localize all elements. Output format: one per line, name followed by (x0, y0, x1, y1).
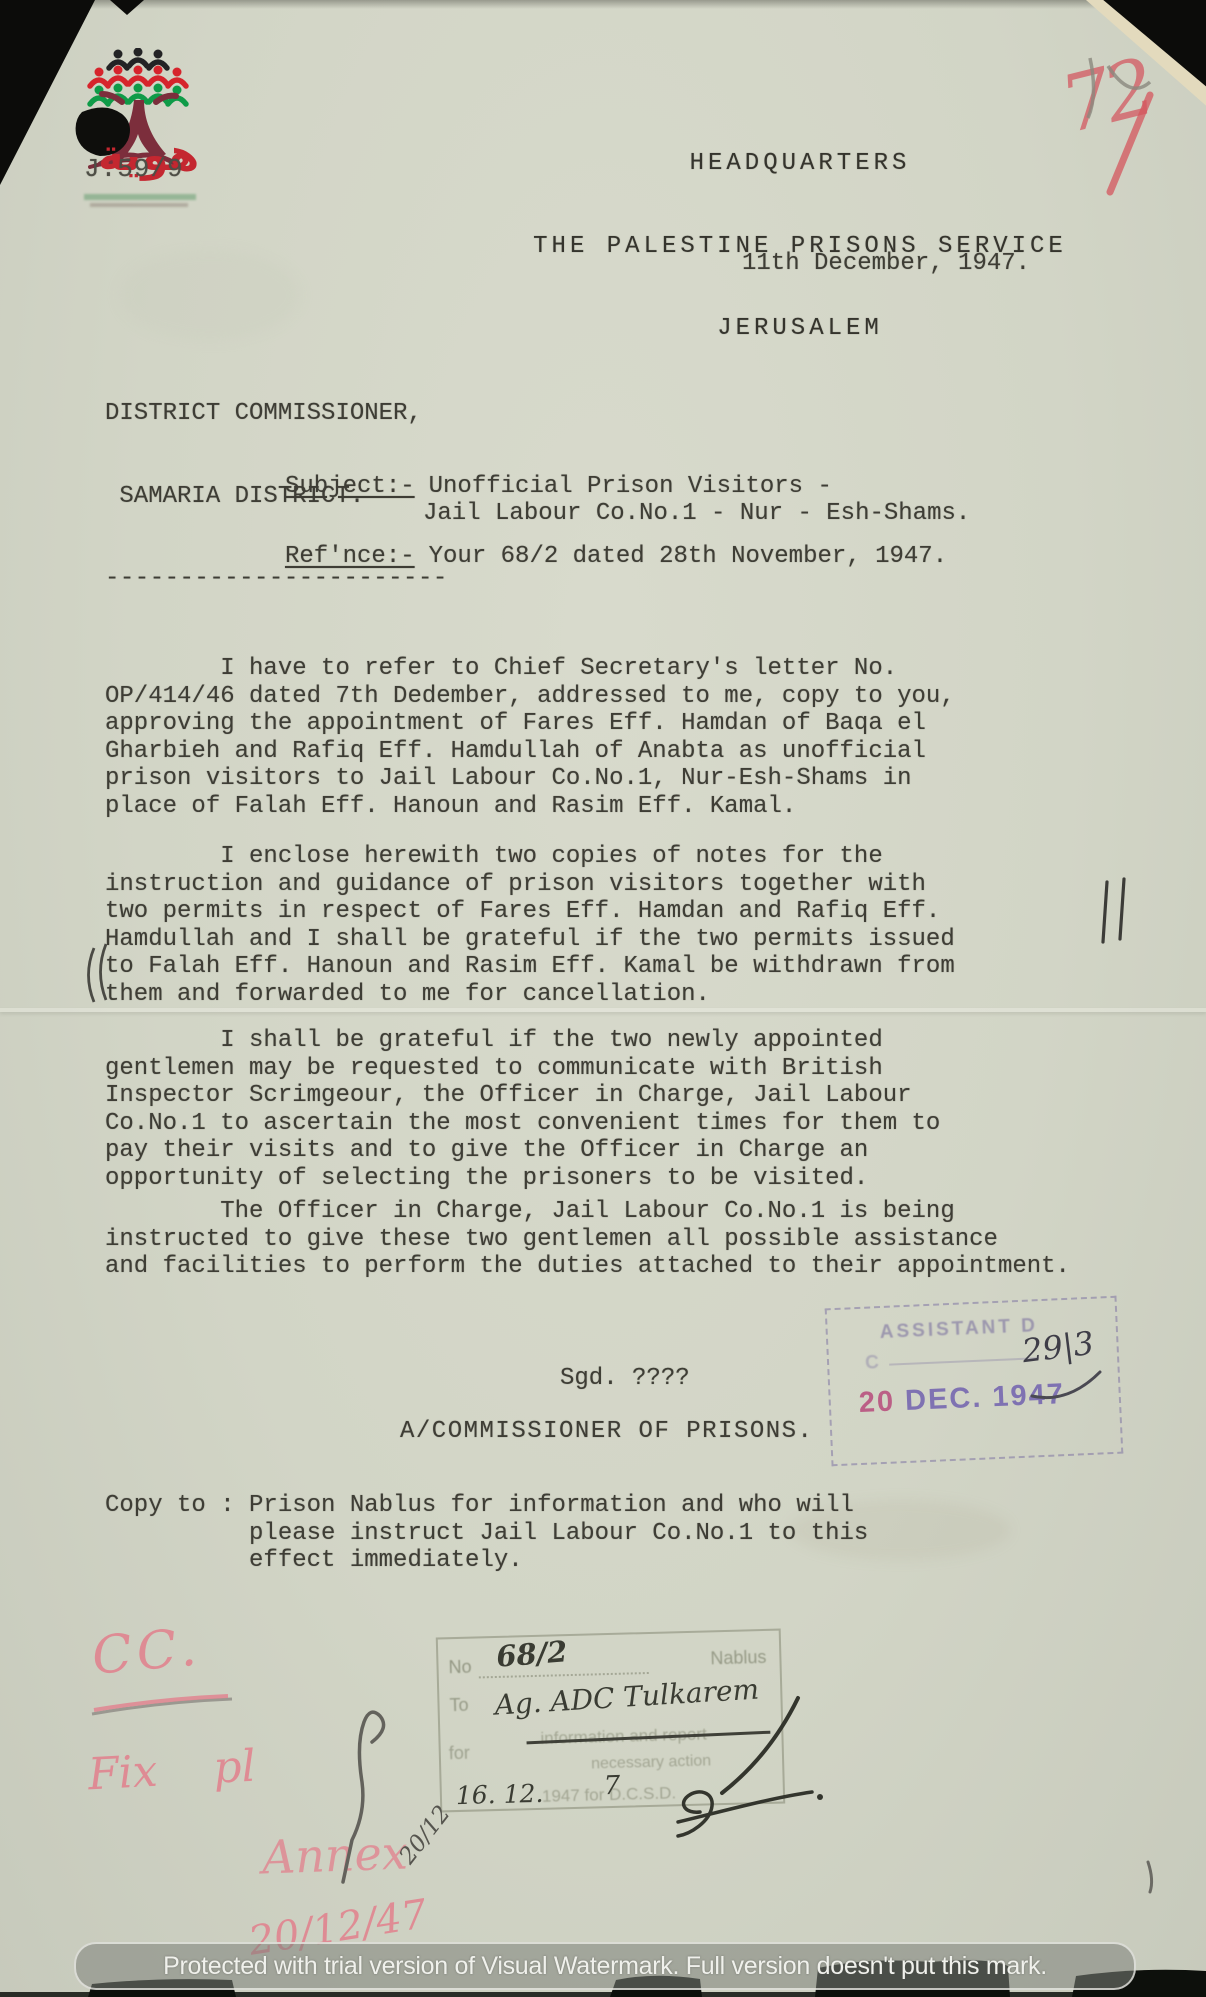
margin-mark-left (89, 944, 107, 1002)
watermark-text: Protected with trial version of Visual W… (163, 1952, 1047, 1981)
signature-flourish (678, 1698, 823, 1836)
red-slash-stroke (1110, 95, 1150, 192)
margin-mark-right (1103, 879, 1124, 942)
scanned-letter-page: هوية J.59/9 72 HEADQUARTERS THE PALESTIN… (0, 0, 1206, 1997)
handwriting-strokes-overlay (0, 0, 1206, 1997)
pencil-flourish (343, 1712, 384, 1882)
pencil-swoosh (1032, 1372, 1100, 1398)
pencil-tick (1148, 1862, 1152, 1892)
watermark-bar: Protected with trial version of Visual W… (74, 1942, 1136, 1990)
